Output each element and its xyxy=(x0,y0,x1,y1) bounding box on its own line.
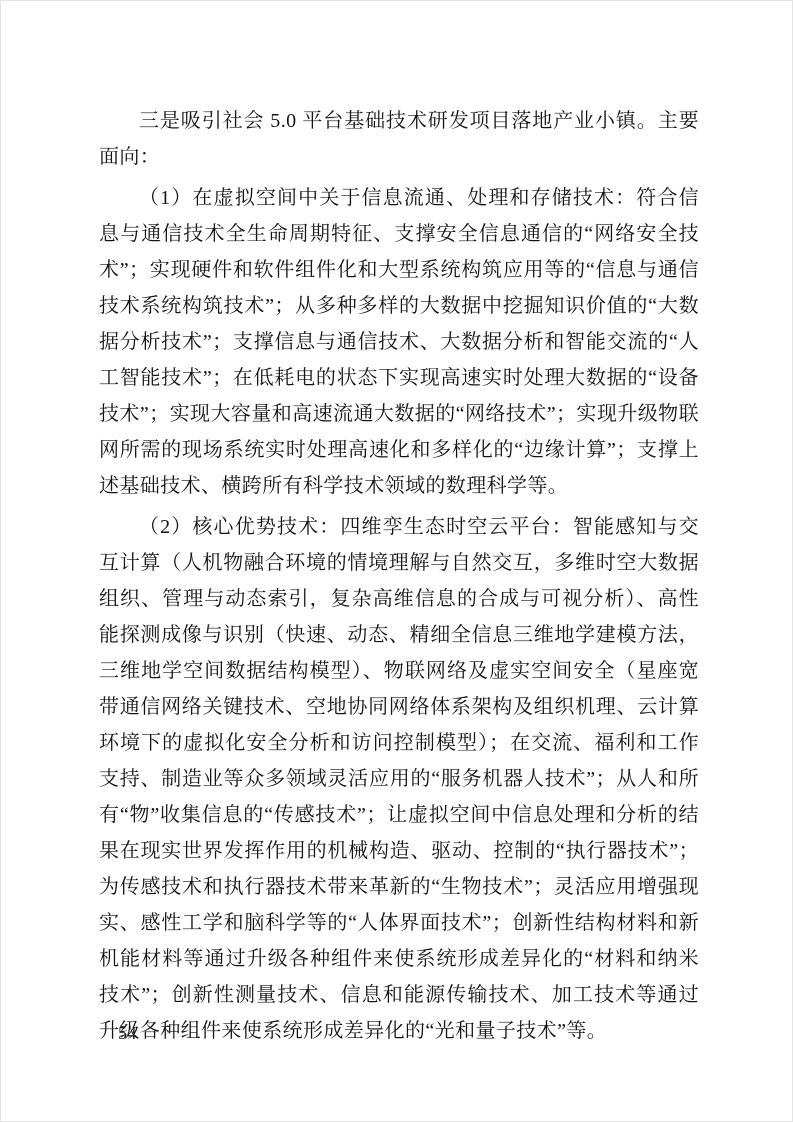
document-page: 三是吸引社会 5.0 平台基础技术研发项目落地产业小镇。主要面向： （1）在虚拟… xyxy=(0,0,793,1122)
paragraph-item-2: （2）核心优势技术：四维孪生态时空云平台：智能感知与交互计算（人机物融合环境的情… xyxy=(99,509,699,1049)
paragraph-item-1: （1）在虚拟空间中关于信息流通、处理和存储技术：符合信息与通信技术全生命周期特征… xyxy=(99,180,699,504)
paragraph-intro: 三是吸引社会 5.0 平台基础技术研发项目落地产业小镇。主要面向： xyxy=(99,103,699,175)
body-text: 三是吸引社会 5.0 平台基础技术研发项目落地产业小镇。主要面向： （1）在虚拟… xyxy=(99,103,699,1049)
page-number: 54 xyxy=(118,1023,137,1044)
